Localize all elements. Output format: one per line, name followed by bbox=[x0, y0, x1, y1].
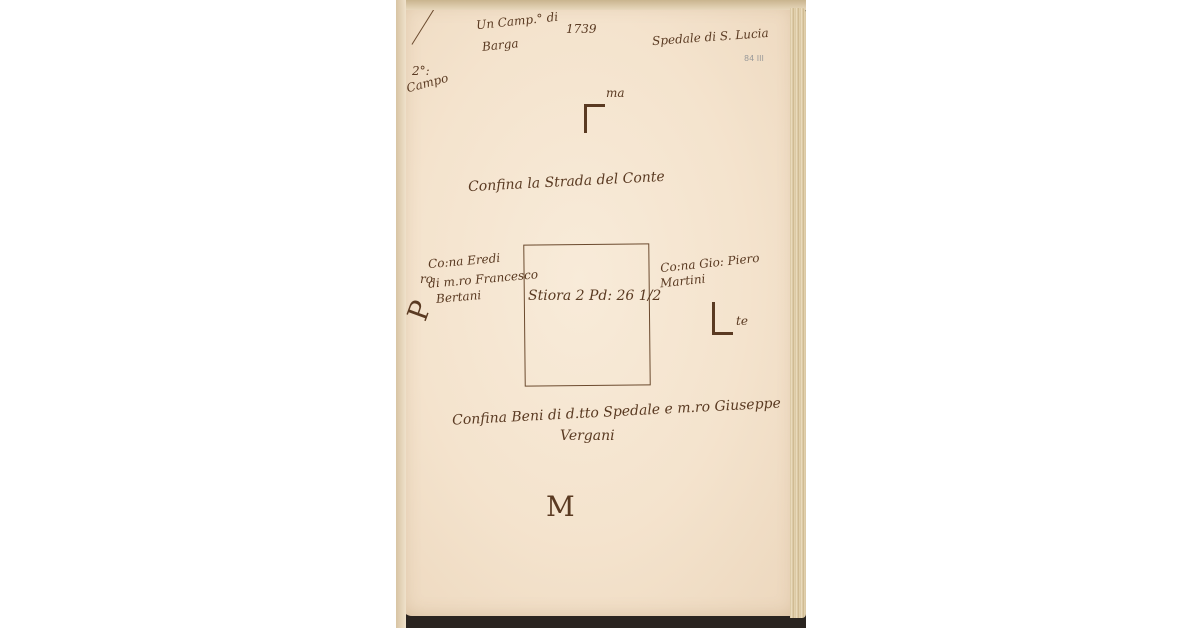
title-line-2: Barga bbox=[481, 36, 519, 54]
south-boundary-line-2: Vergani bbox=[560, 428, 615, 444]
page-top-edge bbox=[396, 0, 806, 10]
owner-heading: Spedale di S. Lucia bbox=[652, 26, 769, 48]
south-marker: M bbox=[546, 490, 575, 523]
plot-outline bbox=[523, 243, 650, 386]
west-boundary-line-2: di m.ro Francesco bbox=[428, 267, 539, 291]
west-marker: P bbox=[401, 296, 438, 325]
north-marker-glyph bbox=[584, 104, 605, 133]
east-marker-glyph bbox=[712, 302, 733, 335]
north-marker-sup: ma bbox=[606, 86, 625, 100]
west-boundary-line-3: Bertani bbox=[435, 288, 481, 306]
year: 1739 bbox=[566, 22, 597, 36]
pencil-folio-number: 84 III bbox=[744, 54, 764, 63]
manuscript-scan: 2°: Campo Un Camp.° di Barga 1739 Spedal… bbox=[396, 0, 806, 628]
binding-gutter bbox=[396, 0, 406, 628]
west-boundary-line-1: Co:na Eredi bbox=[428, 251, 501, 271]
south-boundary-line-1: Confina Beni di d.tto Spedale e m.ro Giu… bbox=[452, 395, 781, 428]
stacked-page-edges bbox=[790, 8, 806, 618]
east-marker-sup: te bbox=[736, 314, 748, 328]
area-label: Stiora 2 Pd: 26 1/2 bbox=[528, 288, 661, 304]
title-line-1: Un Camp.° di bbox=[475, 10, 558, 33]
north-boundary: Confina la Strada del Conte bbox=[468, 169, 665, 195]
manuscript-page: 2°: Campo Un Camp.° di Barga 1739 Spedal… bbox=[402, 4, 796, 616]
east-boundary-line-1: Co:na Gio: Piero bbox=[660, 251, 761, 275]
